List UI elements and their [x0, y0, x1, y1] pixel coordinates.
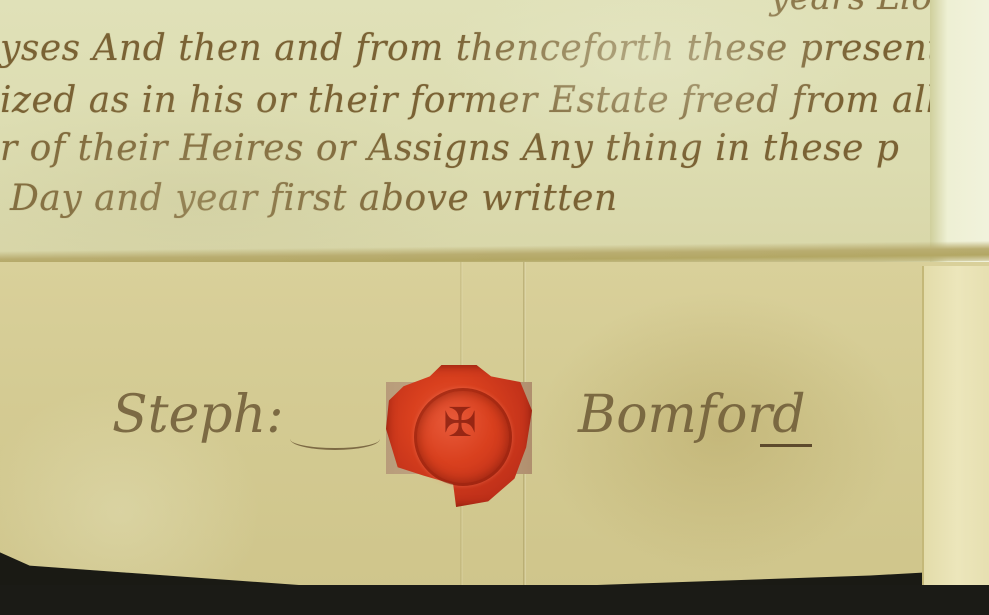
seal-emblem-icon: ✠	[414, 400, 506, 446]
signature-flourish	[290, 428, 380, 450]
script-line-3: r of their Heires or Assigns Any thing i…	[0, 128, 899, 169]
written-page: years Llow yses And then and from thence…	[0, 0, 989, 270]
page-margin	[930, 0, 989, 262]
script-line-1: yses And then and from thenceforth these…	[0, 28, 989, 69]
document-photo: years Llow yses And then and from thence…	[0, 0, 989, 615]
signature-left: Steph:	[112, 385, 284, 445]
script-line-2: ized as in his or their former Estate fr…	[0, 80, 938, 121]
signature-right: Bomford	[578, 385, 806, 445]
dark-background	[0, 585, 989, 615]
script-line-top-fragment: years Llow	[10, 0, 962, 18]
script-line-4: Day and year first above written	[10, 178, 618, 219]
right-flap	[922, 266, 989, 586]
signature-underline	[760, 444, 812, 447]
